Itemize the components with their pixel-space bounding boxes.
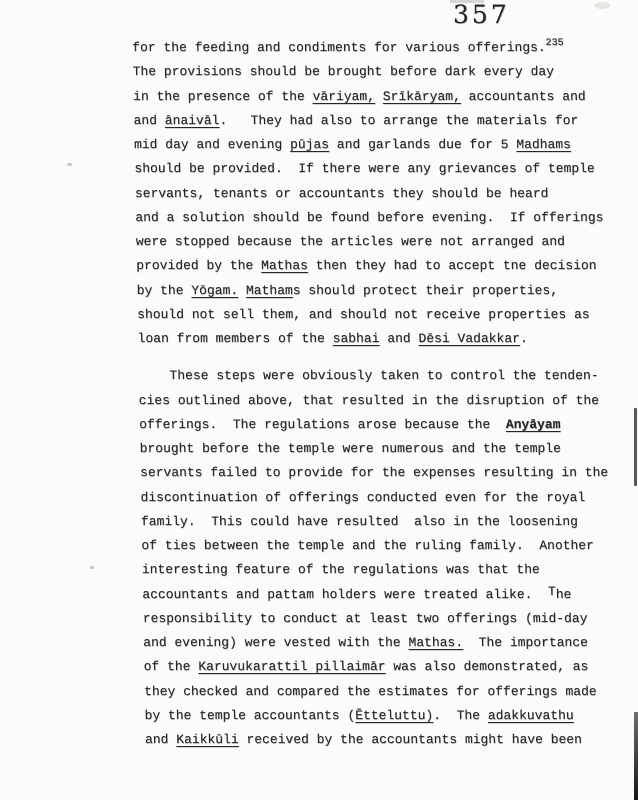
text-segment: T (548, 580, 556, 604)
text-segment: then they had to accept tne decision (308, 258, 597, 273)
scan-artifact-smudge (594, 2, 610, 9)
text-segment: offerings. The regulations arose because… (139, 417, 506, 432)
underlined-term: Mathas (261, 258, 308, 273)
text-segment: and (145, 732, 176, 747)
text-line: interesting feature of the regulations w… (142, 558, 611, 582)
text-line: brought before the temple were numerous … (139, 437, 608, 461)
underlined-term: ānaivāl (165, 113, 220, 128)
text-segment: discontinuation of offerings conducted e… (140, 490, 585, 505)
text-segment: for the feeding and condiments for vario… (132, 40, 546, 55)
underlined-term: Dēsi Vadakkar (418, 331, 520, 346)
text-segment: responsibility to conduct at least two o… (143, 611, 588, 626)
text-line: servants failed to provide for the expen… (140, 461, 609, 485)
underlined-term: Matham (246, 283, 293, 298)
text-segment: of the (144, 659, 199, 674)
text-line: loan from members of the sabhai and Dēsi… (137, 327, 606, 351)
text-segment: cies outlined above, that resulted in th… (139, 393, 600, 408)
text-segment: . They had also to arrange the materials… (219, 113, 578, 128)
text-segment: accountants and (461, 89, 586, 104)
footnote-reference: 235 (545, 32, 563, 56)
text-line: and evening) were vested with the Mathas… (143, 631, 612, 655)
text-line: cies outlined above, that resulted in th… (139, 389, 608, 413)
text-line: responsibility to conduct at least two o… (143, 607, 612, 631)
text-line: The provisions should be brought before … (132, 60, 601, 84)
text-segment: servants, tenants or accountants they sh… (135, 186, 549, 201)
text-segment: . (520, 331, 528, 346)
scan-artifact-edge-bar (634, 408, 637, 486)
text-segment: and (379, 331, 418, 346)
text-line: discontinuation of offerings conducted e… (140, 486, 609, 510)
text-segment: accountants and pattam holders were trea… (142, 587, 548, 602)
text-line: and ānaivāl. They had also to arrange th… (133, 109, 602, 133)
text-line: were stopped because the articles were n… (136, 230, 605, 254)
text-segment: loan from members of the (137, 331, 332, 346)
underlined-term: adakkuvathu (488, 708, 574, 723)
text-segment: were stopped because the articles were n… (136, 234, 565, 249)
text-segment: The importance (463, 635, 588, 650)
text-segment: provided by the (136, 258, 261, 273)
text-segment: and evening) were vested with the (143, 635, 409, 650)
text-line: in the presence of the vāriyam, Srīkārya… (133, 85, 602, 109)
text-segment: and (133, 113, 164, 128)
scan-artifact-speck (90, 566, 94, 569)
text-line: accountants and pattam holders were trea… (142, 583, 611, 607)
text-segment: servants failed to provide for the expen… (140, 465, 608, 480)
page-number: 357 (453, 0, 510, 29)
underlined-term: pūjas (290, 137, 329, 152)
text-line: should not sell them, and should not rec… (137, 303, 606, 327)
page-text: for the feeding and condiments for vario… (132, 36, 613, 752)
underlined-term: Madhams (516, 137, 571, 152)
text-line: offerings. The regulations arose because… (139, 413, 608, 437)
text-segment: brought before the temple were numerous … (139, 441, 561, 456)
text-segment: The provisions should be brought before … (133, 64, 555, 79)
text-segment: was also demonstrated, as (385, 659, 588, 674)
underlined-term: Anyāyam (506, 417, 561, 432)
text-segment: These steps were obviously taken to cont… (138, 368, 599, 383)
text-segment: they checked and compared the estimates … (144, 684, 597, 699)
text-segment: mid day and evening (134, 137, 290, 152)
underlined-term: Mathas. (408, 635, 463, 650)
text-line: they checked and compared the estimates … (144, 680, 613, 704)
text-segment: interesting feature of the regulations w… (142, 562, 540, 577)
text-line: by the temple accountants (Ētteluttu). T… (144, 704, 613, 728)
text-line: and Kaikkūli received by the accountants… (145, 728, 614, 752)
text-segment: in the presence of the (133, 89, 313, 104)
underlined-term: vāriyam, (312, 89, 375, 104)
text-segment: of ties between the temple and the rulin… (141, 538, 594, 553)
underlined-term: Ētteluttu) (355, 708, 433, 723)
text-line: family. This could have resulted also in… (141, 510, 610, 534)
underlined-term: sabhai (333, 331, 380, 346)
text-segment: and a solution should be found before ev… (135, 210, 603, 225)
text-segment: . The (433, 708, 488, 723)
text-segment: received by the accountants might have b… (239, 732, 583, 747)
text-segment: should be provided. If there were any gr… (134, 161, 595, 176)
text-segment: family. This could have resulted also in… (141, 514, 578, 529)
text-line: for the feeding and condiments for vario… (132, 36, 601, 60)
text-line: of the Karuvukarattil pillaimār was also… (143, 655, 612, 679)
text-segment: by the (137, 283, 192, 298)
text-line: of ties between the temple and the rulin… (141, 534, 610, 558)
scan-artifact-edge-bar (634, 712, 638, 800)
text-segment: s should protect their properties, (293, 283, 559, 298)
text-line: These steps were obviously taken to cont… (138, 364, 607, 388)
text-line: by the Yōgam. Mathams should protect the… (136, 279, 605, 303)
text-line: should be provided. If there were any gr… (134, 157, 603, 181)
text-line: and a solution should be found before ev… (135, 206, 604, 230)
text-line: mid day and evening pūjas and garlands d… (134, 133, 603, 157)
text-line: provided by the Mathas then they had to … (136, 254, 605, 278)
text-segment: he (556, 587, 572, 602)
text-segment: and garlands due for 5 (329, 137, 517, 152)
underlined-term: Kaikkūli (176, 732, 239, 747)
text-line: servants, tenants or accountants they sh… (135, 182, 604, 206)
underlined-term: Srīkāryam, (383, 89, 461, 104)
text-segment: by the temple accountants ( (144, 708, 355, 723)
scan-artifact-speck (67, 163, 72, 166)
underlined-term: Yōgam. (191, 283, 238, 298)
text-segment: should not sell them, and should not rec… (137, 307, 590, 322)
scanned-page: 357 for the feeding and condiments for v… (0, 0, 638, 800)
underlined-term: Karuvukarattil pillaimār (198, 659, 386, 674)
